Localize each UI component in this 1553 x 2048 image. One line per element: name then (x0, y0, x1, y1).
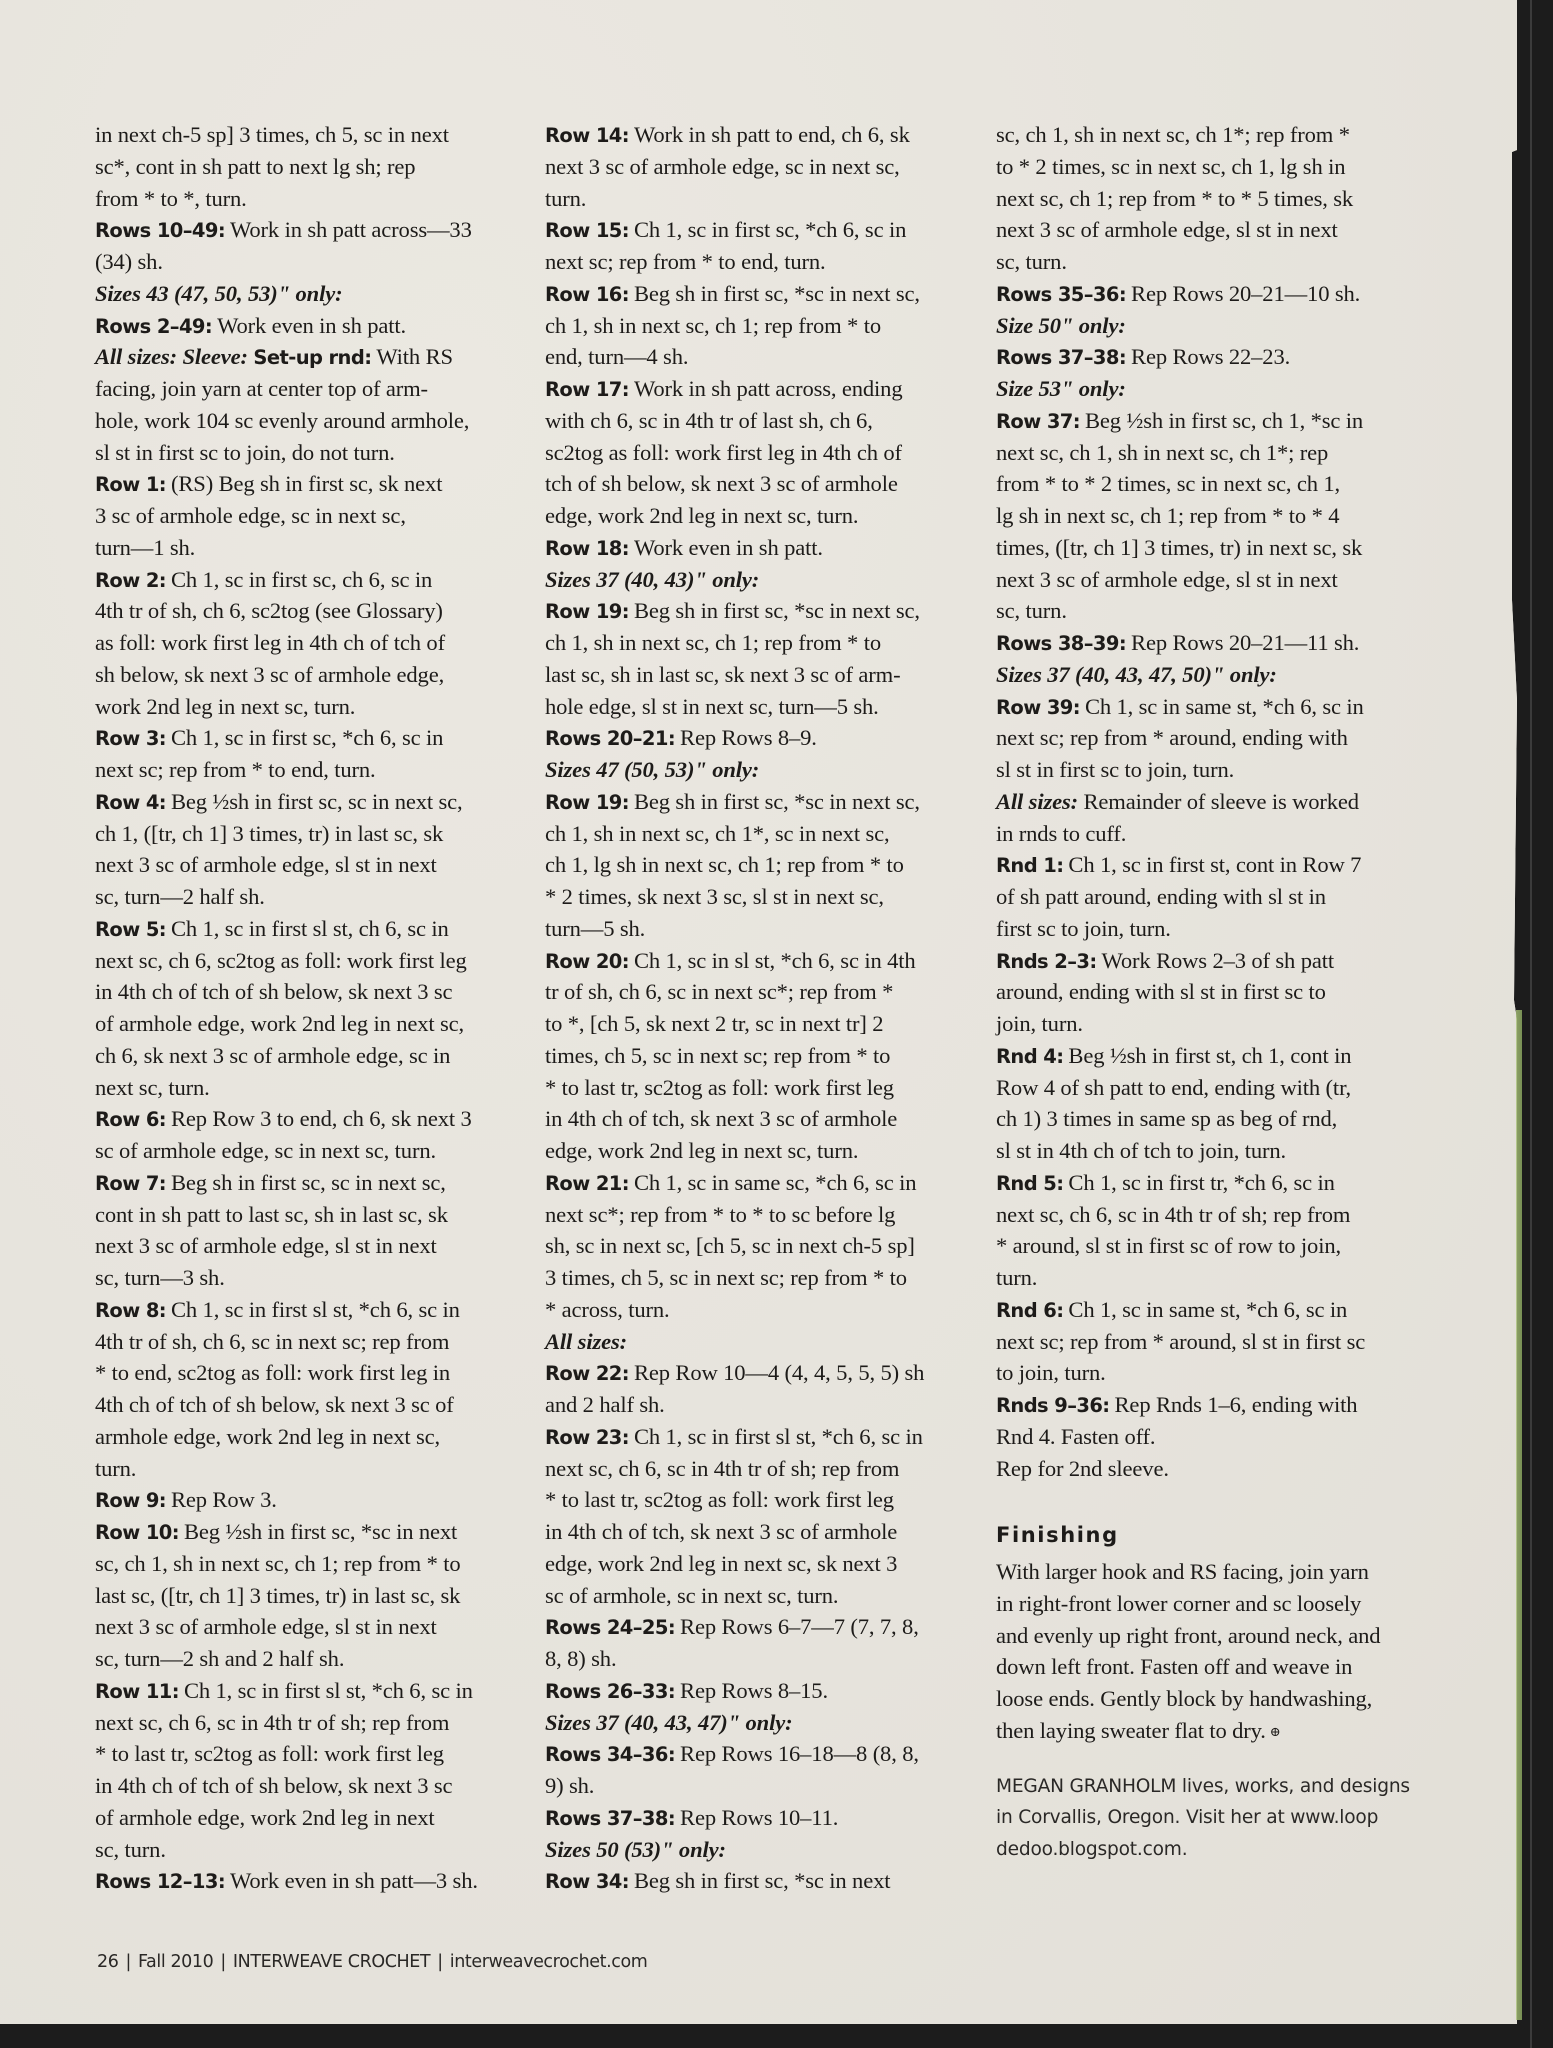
text-line: times, ch 5, sc in next sc; rep from * t… (545, 1040, 970, 1072)
instruction-text: edge, work 2nd leg in next sc, turn. (545, 1138, 858, 1163)
row-label: Row 39: (996, 696, 1080, 719)
instruction-text: next sc, ch 6, sc in 4th tr of sh; rep f… (545, 1456, 899, 1481)
text-line: cont in sh patt to last sc, sh in last s… (95, 1199, 525, 1231)
column-2: Row 14:Work in sh patt to end, ch 6, skn… (545, 119, 970, 1897)
text-line: next sc, turn. (95, 1072, 525, 1104)
row-label: Row 34: (545, 1870, 629, 1893)
row-label: Row 5: (95, 918, 166, 941)
instruction-line: Rows 37–38:Rep Rows 22–23. (996, 341, 1426, 373)
row-label: Rows 34–36: (545, 1743, 675, 1766)
instruction-text: sh, sc in next sc, [ch 5, sc in next ch-… (545, 1233, 915, 1258)
row-label: Row 15: (545, 219, 629, 242)
instruction-text: Ch 1, sc in sl st, *ch 6, sc in 4th (634, 948, 916, 973)
text-line: next sc; rep from * to end, turn. (545, 246, 970, 278)
text-line: 8, 8) sh. (545, 1643, 970, 1675)
text-line: from * to *, turn. (95, 183, 525, 215)
instruction-text: Beg ½sh in first sc, *sc in next (184, 1519, 457, 1544)
text-line: * to last tr, sc2tog as foll: work first… (95, 1738, 525, 1770)
instruction-line: Rows 24–25:Rep Rows 6–7—7 (7, 7, 8, (545, 1611, 970, 1643)
text-line: next 3 sc of armhole edge, sl st in next (996, 564, 1426, 596)
text-line: next sc; rep from * around, ending with (996, 722, 1426, 754)
instruction-text: from * to * 2 times, sc in next sc, ch 1… (996, 471, 1340, 496)
text-line: * around, sl st in first sc of row to jo… (996, 1230, 1426, 1262)
row-label: Row 1: (95, 473, 166, 496)
text-line: ch 1) 3 times in same sp as beg of rnd, (996, 1103, 1426, 1135)
bio-line: MEGAN GRANHOLM lives, works, and designs (996, 1771, 1426, 1803)
text-line: turn. (545, 183, 970, 215)
instruction-line: Rnds 9–36:Rep Rnds 1–6, ending with (996, 1389, 1426, 1421)
instruction-line: Rnd 4:Beg ½sh in first st, ch 1, cont in (996, 1040, 1426, 1072)
instruction-text: Beg ½sh in first sc, ch 1, *sc in (1085, 408, 1363, 433)
text-line: sc, turn. (996, 595, 1426, 627)
instruction-text: with ch 6, sc in 4th tr of last sh, ch 6… (545, 408, 873, 433)
row-label: Rnds 9–36: (996, 1394, 1110, 1417)
bio-line: dedoo.blogspot.com. (996, 1834, 1426, 1866)
row-label: Rnd 6: (996, 1299, 1063, 1322)
text-line: next 3 sc of armhole edge, sl st in next (95, 1230, 525, 1262)
underlying-page-edge (1516, 1010, 1522, 2020)
instruction-text: Work Rows 2–3 of sh patt (1102, 948, 1334, 973)
text-line: sc, turn—2 sh and 2 half sh. (95, 1643, 525, 1675)
instruction-text: hole, work 104 sc evenly around armhole, (95, 408, 469, 433)
instruction-text: next 3 sc of armhole edge, sl st in next (95, 852, 437, 877)
finishing-line: With larger hook and RS facing, join yar… (996, 1556, 1426, 1588)
text-line: * to last tr, sc2tog as foll: work first… (545, 1072, 970, 1104)
instruction-text: sc of armhole edge, sc in next sc, turn. (95, 1138, 436, 1163)
instruction-text: Beg sh in first sc, *sc in next (634, 1868, 890, 1893)
instruction-text: next 3 sc of armhole edge, sl st in next (95, 1233, 437, 1258)
instruction-line: Row 19:Beg sh in first sc, *sc in next s… (545, 595, 970, 627)
instruction-text: Ch 1, sc in first sc, *ch 6, sc in (634, 217, 906, 242)
page-footer: 26|Fall 2010|INTERWEAVE CROCHET|interwea… (97, 1952, 647, 1972)
text-line: hole edge, sl st in next sc, turn—5 sh. (545, 691, 970, 723)
row-label: Rnds 2–3: (996, 950, 1097, 973)
row-label: Rnd 4: (996, 1045, 1063, 1068)
instruction-text: next sc, ch 6, sc in 4th tr of sh; rep f… (95, 1710, 449, 1735)
text-line: next 3 sc of armhole edge, sc in next sc… (545, 151, 970, 183)
end-mark-icon: ⊕ (1270, 1724, 1281, 1739)
instruction-line: Row 1:(RS) Beg sh in first sc, sk next (95, 468, 525, 500)
instruction-text: sc, turn. (996, 249, 1067, 274)
row-label: Rows 37–38: (545, 1807, 675, 1830)
text-line: next sc, ch 6, sc2tog as foll: work firs… (95, 945, 525, 977)
instruction-line: Row 4:Beg ½sh in first sc, sc in next sc… (95, 786, 525, 818)
scanner-edge (1530, 0, 1532, 2048)
finishing-line: loose ends. Gently block by handwashing, (996, 1683, 1426, 1715)
text-line: 4th ch of tch of sh below, sk next 3 sc … (95, 1389, 525, 1421)
row-label: Row 7: (95, 1172, 166, 1195)
instruction-text: sl st in first sc to join, do not turn. (95, 440, 395, 465)
instruction-text: and 2 half sh. (545, 1392, 665, 1417)
instruction-text: 4th tr of sh, ch 6, sc2tog (see Glossary… (95, 598, 443, 623)
instruction-line: Row 9:Rep Row 3. (95, 1484, 525, 1516)
instruction-text: With RS (376, 344, 453, 369)
instruction-line: Row 39:Ch 1, sc in same st, *ch 6, sc in (996, 691, 1426, 723)
separator: | (220, 1952, 226, 1972)
text-line: of sh patt around, ending with sl st in (996, 881, 1426, 913)
finishing-section: Finishing With larger hook and RS facing… (996, 1516, 1426, 1747)
instruction-text: Ch 1, sc in first tr, *ch 6, sc in (1068, 1170, 1334, 1195)
instruction-text: Rep Row 3. (171, 1487, 277, 1512)
instruction-line: Row 23:Ch 1, sc in first sl st, *ch 6, s… (545, 1421, 970, 1453)
text-line: in next ch-5 sp] 3 times, ch 5, sc in ne… (95, 119, 525, 151)
text-line: * to end, sc2tog as foll: work first leg… (95, 1357, 525, 1389)
row-label: Row 18: (545, 537, 629, 560)
instruction-line: Sizes 37 (40, 43)" only: (545, 564, 970, 596)
instruction-line: Row 14:Work in sh patt to end, ch 6, sk (545, 119, 970, 151)
instruction-text: ch 1, sh in next sc, ch 1*, sc in next s… (545, 821, 889, 846)
instruction-line: Sizes 47 (50, 53)" only: (545, 754, 970, 786)
size-note: Sizes 37 (40, 43)" only: (545, 567, 759, 592)
finishing-heading: Finishing (996, 1516, 1426, 1556)
text-line: 4th tr of sh, ch 6, sc2tog (see Glossary… (95, 595, 525, 627)
row-label: Row 17: (545, 378, 629, 401)
instruction-text: Rep Row 10—4 (4, 4, 5, 5, 5) sh (634, 1360, 924, 1385)
instruction-text: end, turn—4 sh. (545, 344, 688, 369)
instruction-line: Rows 35–36:Rep Rows 20–21—10 sh. (996, 278, 1426, 310)
text-line: edge, work 2nd leg in next sc, turn. (545, 500, 970, 532)
row-label: Row 2: (95, 569, 166, 592)
text-line: last sc, ([tr, ch 1] 3 times, tr) in las… (95, 1580, 525, 1612)
instruction-text: turn. (95, 1456, 136, 1481)
text-line: sc, turn. (95, 1834, 525, 1866)
text-line: hole, work 104 sc evenly around armhole, (95, 405, 525, 437)
instruction-text: sh below, sk next 3 sc of armhole edge, (95, 662, 444, 687)
instruction-line: Rows 2–49:Work even in sh patt. (95, 310, 525, 342)
instruction-line: Row 16:Beg sh in first sc, *sc in next s… (545, 278, 970, 310)
instruction-text: around, ending with sl st in first sc to (996, 979, 1326, 1004)
column-3: sc, ch 1, sh in next sc, ch 1*; rep from… (996, 119, 1426, 1866)
instruction-text: sc*, cont in sh patt to next lg sh; rep (95, 154, 415, 179)
instruction-line: Rnd 1:Ch 1, sc in first st, cont in Row … (996, 849, 1426, 881)
instruction-text: of sh patt around, ending with sl st in (996, 884, 1326, 909)
instruction-text: ch 1, lg sh in next sc, ch 1; rep from *… (545, 852, 904, 877)
instruction-text: next 3 sc of armhole edge, sl st in next (95, 1614, 437, 1639)
text-line: to *, [ch 5, sk next 2 tr, sc in next tr… (545, 1008, 970, 1040)
size-note: Sizes 37 (40, 43, 47)" only: (545, 1710, 792, 1735)
separator: | (125, 1952, 131, 1972)
instruction-text: Ch 1, sc in first st, cont in Row 7 (1068, 852, 1361, 877)
row-label: Rows 35–36: (996, 283, 1126, 306)
text-line: turn—1 sh. (95, 532, 525, 564)
bio-line: in Corvallis, Oregon. Visit her at www.l… (996, 1802, 1426, 1834)
column-1: in next ch-5 sp] 3 times, ch 5, sc in ne… (95, 119, 525, 1897)
row-label: Row 19: (545, 791, 629, 814)
instruction-line: Rows 34–36:Rep Rows 16–18—8 (8, 8, (545, 1738, 970, 1770)
text-line: next sc, ch 6, sc in 4th tr of sh; rep f… (545, 1453, 970, 1485)
text-line: sc, ch 1, sh in next sc, ch 1*; rep from… (996, 119, 1426, 151)
instruction-line: Rows 38–39:Rep Rows 20–21—11 sh. (996, 627, 1426, 659)
row-label: Row 37: (996, 410, 1080, 433)
instruction-text: tr of sh, ch 6, sc in next sc*; rep from… (545, 979, 893, 1004)
instruction-line: Row 8:Ch 1, sc in first sl st, *ch 6, sc… (95, 1294, 525, 1326)
text-line: facing, join yarn at center top of arm- (95, 373, 525, 405)
instruction-text: Ch 1, sc in first sl st, ch 6, sc in (171, 916, 449, 941)
finishing-line: down left front. Fasten off and weave in (996, 1651, 1426, 1683)
instruction-text: 4th tr of sh, ch 6, sc in next sc; rep f… (95, 1329, 449, 1354)
instruction-text: facing, join yarn at center top of arm- (95, 376, 428, 401)
instruction-line: Row 22:Rep Row 10—4 (4, 4, 5, 5, 5) sh (545, 1357, 970, 1389)
row-label: Rnd 1: (996, 854, 1063, 877)
row-label: Rows 10–49: (95, 219, 225, 242)
instruction-text: Rep for 2nd sleeve. (996, 1456, 1169, 1481)
text-line: turn. (95, 1453, 525, 1485)
text-line: around, ending with sl st in first sc to (996, 976, 1426, 1008)
instruction-text: of armhole edge, work 2nd leg in next (95, 1805, 435, 1830)
instruction-text: in 4th ch of tch, sk next 3 sc of armhol… (545, 1106, 897, 1131)
instruction-text: sc, turn—3 sh. (95, 1265, 225, 1290)
text-line: armhole edge, work 2nd leg in next sc, (95, 1421, 525, 1453)
size-note: Sizes 50 (53)" only: (545, 1837, 726, 1862)
text-line: from * to * 2 times, sc in next sc, ch 1… (996, 468, 1426, 500)
instruction-text: sc, turn—2 sh and 2 half sh. (95, 1646, 344, 1671)
instruction-line: Row 37:Beg ½sh in first sc, ch 1, *sc in (996, 405, 1426, 437)
instruction-text: 8, 8) sh. (545, 1646, 616, 1671)
text-line: sc of armhole edge, sc in next sc, turn. (95, 1135, 525, 1167)
instruction-text: sc, turn. (95, 1837, 166, 1862)
text-line: and 2 half sh. (545, 1389, 970, 1421)
row-label: Rows 12–13: (95, 1870, 225, 1893)
instruction-text: (34) sh. (95, 249, 163, 274)
row-label: Rows 24–25: (545, 1616, 675, 1639)
instruction-text: Ch 1, sc in first sl st, *ch 6, sc in (634, 1424, 923, 1449)
text-line: Row 4 of sh patt to end, ending with (tr… (996, 1072, 1426, 1104)
row-label: Row 9: (95, 1489, 166, 1512)
instruction-text: * to last tr, sc2tog as foll: work first… (545, 1075, 894, 1100)
instruction-text: sc, ch 1, sh in next sc, ch 1; rep from … (95, 1551, 461, 1576)
instruction-line: Row 3:Ch 1, sc in first sc, *ch 6, sc in (95, 722, 525, 754)
instruction-line: All sizes: Sleeve: Set-up rnd:With RS (95, 341, 525, 373)
instruction-text: armhole edge, work 2nd leg in next sc, (95, 1424, 440, 1449)
instruction-text: next sc, ch 1; rep from * to * 5 times, … (996, 186, 1353, 211)
instruction-text: Ch 1, sc in same st, *ch 6, sc in (1085, 694, 1364, 719)
text-line: sh below, sk next 3 sc of armhole edge, (95, 659, 525, 691)
spacer (996, 1484, 1426, 1516)
row-label: Rnd 5: (996, 1172, 1063, 1195)
instruction-text: Remainder of sleeve is worked (1083, 789, 1358, 814)
row-label: Row 3: (95, 727, 166, 750)
magazine-name: INTERWEAVE CROCHET (233, 1952, 430, 1972)
instruction-text: Row 4 of sh patt to end, ending with (tr… (996, 1075, 1351, 1100)
instruction-line: Rows 10–49:Work in sh patt across—33 (95, 214, 525, 246)
instruction-text: to * 2 times, sc in next sc, ch 1, lg sh… (996, 154, 1345, 179)
instruction-line: Row 21:Ch 1, sc in same sc, *ch 6, sc in (545, 1167, 970, 1199)
instruction-text: in 4th ch of tch of sh below, sk next 3 … (95, 1773, 452, 1798)
instruction-text: Rep Rows 20–21—11 sh. (1131, 630, 1359, 655)
instruction-line: Row 11:Ch 1, sc in first sl st, *ch 6, s… (95, 1675, 525, 1707)
instruction-text: * 2 times, sk next 3 sc, sl st in next s… (545, 884, 884, 909)
text-line: edge, work 2nd leg in next sc, turn. (545, 1135, 970, 1167)
text-line: 9) sh. (545, 1770, 970, 1802)
row-label: Rows 26–33: (545, 1680, 675, 1703)
instruction-text: Rep Rows 20–21—10 sh. (1131, 281, 1360, 306)
text-line: to * 2 times, sc in next sc, ch 1, lg sh… (996, 151, 1426, 183)
row-label: Rows 38–39: (996, 632, 1126, 655)
instruction-text: in 4th ch of tch of sh below, sk next 3 … (95, 979, 452, 1004)
text-line: work 2nd leg in next sc, turn. (95, 691, 525, 723)
instruction-text: * to last tr, sc2tog as foll: work first… (95, 1741, 444, 1766)
instruction-text: first sc to join, turn. (996, 916, 1171, 941)
instruction-line: Sizes 37 (40, 43, 47, 50)" only: (996, 659, 1426, 691)
text-line: 3 times, ch 5, sc in next sc; rep from *… (545, 1262, 970, 1294)
instruction-line: Rnds 2–3:Work Rows 2–3 of sh patt (996, 945, 1426, 977)
instruction-text: Rep Rnds 1–6, ending with (1115, 1392, 1358, 1417)
instruction-text: Rep Rows 10–11. (680, 1805, 838, 1830)
instruction-line: All sizes: (545, 1326, 970, 1358)
instruction-line: Row 15:Ch 1, sc in first sc, *ch 6, sc i… (545, 214, 970, 246)
instruction-text: Beg sh in first sc, *sc in next sc, (634, 789, 920, 814)
size-note: Sizes 37 (40, 43, 47, 50)" only: (996, 662, 1277, 687)
text-line: as foll: work first leg in 4th ch of tch… (95, 627, 525, 659)
text-line: sc*, cont in sh patt to next lg sh; rep (95, 151, 525, 183)
designer-bio: MEGAN GRANHOLM lives, works, and designs… (996, 1771, 1426, 1866)
instruction-text: Ch 1, sc in first sc, ch 6, sc in (171, 567, 432, 592)
instruction-line: Rnd 6:Ch 1, sc in same st, *ch 6, sc in (996, 1294, 1426, 1326)
text-line: ch 1, lg sh in next sc, ch 1; rep from *… (545, 849, 970, 881)
instruction-text: turn—1 sh. (95, 535, 195, 560)
instruction-text: Ch 1, sc in first sl st, *ch 6, sc in (184, 1678, 473, 1703)
instruction-text: sc of armhole, sc in next sc, turn. (545, 1583, 838, 1608)
issue-label: Fall 2010 (138, 1952, 213, 1972)
text-line: last sc, sh in last sc, sk next 3 sc of … (545, 659, 970, 691)
row-label: Row 10: (95, 1521, 179, 1544)
text-line: lg sh in next sc, ch 1; rep from * to * … (996, 500, 1426, 532)
instruction-text: lg sh in next sc, ch 1; rep from * to * … (996, 503, 1339, 528)
instruction-text: turn. (545, 186, 586, 211)
text-line: sc, turn. (996, 246, 1426, 278)
text-line: ch 1, sh in next sc, ch 1*, sc in next s… (545, 818, 970, 850)
text-line: next sc, ch 1; rep from * to * 5 times, … (996, 183, 1426, 215)
text-line: with ch 6, sc in 4th tr of last sh, ch 6… (545, 405, 970, 437)
instruction-text: ch 1) 3 times in same sp as beg of rnd, (996, 1106, 1337, 1131)
instruction-line: Rows 20–21:Rep Rows 8–9. (545, 722, 970, 754)
text-line: next 3 sc of armhole edge, sl st in next (95, 849, 525, 881)
text-line: end, turn—4 sh. (545, 341, 970, 373)
instruction-text: Rep Rows 16–18—8 (8, 8, (680, 1741, 919, 1766)
text-line: tr of sh, ch 6, sc in next sc*; rep from… (545, 976, 970, 1008)
text-line: sl st in first sc to join, turn. (996, 754, 1426, 786)
separator: | (437, 1952, 443, 1972)
instruction-text: * to end, sc2tog as foll: work first leg… (95, 1360, 450, 1385)
size-note: Sizes 47 (50, 53)" only: (545, 757, 759, 782)
instruction-line: Row 17:Work in sh patt across, ending (545, 373, 970, 405)
instruction-text: sl st in first sc to join, turn. (996, 757, 1234, 782)
row-label: Rows 37–38: (996, 346, 1126, 369)
row-label: Set-up rnd: (253, 346, 371, 369)
row-label: Rows 2–49: (95, 315, 212, 338)
text-line: * to last tr, sc2tog as foll: work first… (545, 1484, 970, 1516)
instruction-line: Row 19:Beg sh in first sc, *sc in next s… (545, 786, 970, 818)
instruction-text: next 3 sc of armhole edge, sc in next sc… (545, 154, 900, 179)
instruction-text: from * to *, turn. (95, 186, 247, 211)
instruction-text: 4th ch of tch of sh below, sk next 3 sc … (95, 1392, 454, 1417)
text-line: sl st in first sc to join, do not turn. (95, 437, 525, 469)
text-line: Rnd 4. Fasten off. (996, 1421, 1426, 1453)
instruction-text: to join, turn. (996, 1360, 1106, 1385)
size-note: All sizes: Sleeve: (95, 344, 248, 369)
row-label: Rows 20–21: (545, 727, 675, 750)
instruction-line: Row 2:Ch 1, sc in first sc, ch 6, sc in (95, 564, 525, 596)
instruction-line: Row 20:Ch 1, sc in sl st, *ch 6, sc in 4… (545, 945, 970, 977)
text-line: sc, turn—2 half sh. (95, 881, 525, 913)
instruction-text: * across, turn. (545, 1297, 670, 1322)
instruction-text: next sc; rep from * around, ending with (996, 725, 1348, 750)
instruction-text: times, ([tr, ch 1] 3 times, tr) in next … (996, 535, 1362, 560)
instruction-text: sl st in 4th ch of tch to join, turn. (996, 1138, 1286, 1163)
text-line: next sc, ch 6, sc in 4th tr of sh; rep f… (996, 1199, 1426, 1231)
instruction-line: All sizes: Remainder of sleeve is worked (996, 786, 1426, 818)
finishing-line: and evenly up right front, around neck, … (996, 1620, 1426, 1652)
text-line: in 4th ch of tch, sk next 3 sc of armhol… (545, 1103, 970, 1135)
size-note: Size 50" only: (996, 313, 1126, 338)
text-line: edge, work 2nd leg in next sc, sk next 3 (545, 1548, 970, 1580)
instruction-text: Work in sh patt across, ending (634, 376, 903, 401)
row-label: Row 22: (545, 1362, 629, 1385)
instruction-line: Row 5:Ch 1, sc in first sl st, ch 6, sc … (95, 913, 525, 945)
row-label: Row 14: (545, 124, 629, 147)
text-line: next 3 sc of armhole edge, sl st in next (996, 214, 1426, 246)
instruction-text: sc, ch 1, sh in next sc, ch 1*; rep from… (996, 122, 1350, 147)
website-link[interactable]: interweavecrochet.com (450, 1952, 648, 1972)
text-line: turn. (996, 1262, 1426, 1294)
instruction-text: cont in sh patt to last sc, sh in last s… (95, 1202, 448, 1227)
instruction-text: to *, [ch 5, sk next 2 tr, sc in next tr… (545, 1011, 883, 1036)
size-note: All sizes: (996, 789, 1078, 814)
instruction-text: * around, sl st in first sc of row to jo… (996, 1233, 1341, 1258)
magazine-page: in next ch-5 sp] 3 times, ch 5, sc in ne… (0, 0, 1517, 2024)
instruction-line: Rows 26–33:Rep Rows 8–15. (545, 1675, 970, 1707)
instruction-text: of armhole edge, work 2nd leg in next sc… (95, 1011, 464, 1036)
instruction-text: Work in sh patt to end, ch 6, sk (634, 122, 910, 147)
text-line: times, ([tr, ch 1] 3 times, tr) in next … (996, 532, 1426, 564)
text-line: ch 1, sh in next sc, ch 1; rep from * to (545, 310, 970, 342)
row-label: Row 23: (545, 1426, 629, 1449)
instruction-text: times, ch 5, sc in next sc; rep from * t… (545, 1043, 890, 1068)
instruction-text: next sc, ch 6, sc2tog as foll: work firs… (95, 948, 467, 973)
text-line: Rep for 2nd sleeve. (996, 1453, 1426, 1485)
text-line: 3 sc of armhole edge, sc in next sc, (95, 500, 525, 532)
row-label: Row 6: (95, 1108, 166, 1131)
instruction-text: ch 1, sh in next sc, ch 1; rep from * to (545, 630, 881, 655)
finishing-line: in right-front lower corner and sc loose… (996, 1588, 1426, 1620)
instruction-text: Beg ½sh in first sc, sc in next sc, (171, 789, 463, 814)
instruction-line: Sizes 37 (40, 43, 47)" only: (545, 1707, 970, 1739)
instruction-text: Ch 1, sc in same st, *ch 6, sc in (1068, 1297, 1347, 1322)
text-line: of armhole edge, work 2nd leg in next (95, 1802, 525, 1834)
text-line: in rnds to cuff. (996, 818, 1426, 850)
finishing-line-last: then laying sweater flat to dry.⊕ (996, 1715, 1426, 1747)
size-note: Size 53" only: (996, 376, 1126, 401)
instruction-text: Work even in sh patt—3 sh. (230, 1868, 478, 1893)
instruction-text: Beg sh in first sc, sc in next sc, (171, 1170, 446, 1195)
size-note: Sizes 43 (47, 50, 53)" only: (95, 281, 342, 306)
instruction-text: next sc*; rep from * to * to sc before l… (545, 1202, 895, 1227)
instruction-line: Rows 37–38:Rep Rows 10–11. (545, 1802, 970, 1834)
instruction-text: 3 sc of armhole edge, sc in next sc, (95, 503, 406, 528)
text-line: ch 1, sh in next sc, ch 1; rep from * to (545, 627, 970, 659)
instruction-text: as foll: work first leg in 4th ch of tch… (95, 630, 445, 655)
instruction-text: ch 1, sh in next sc, ch 1; rep from * to (545, 313, 881, 338)
instruction-text: (RS) Beg sh in first sc, sk next (171, 471, 442, 496)
instruction-text: Beg sh in first sc, *sc in next sc, (634, 281, 920, 306)
text-line: * across, turn. (545, 1294, 970, 1326)
instruction-text: ch 1, ([tr, ch 1] 3 times, tr) in last s… (95, 821, 443, 846)
text-line: in 4th ch of tch, sk next 3 sc of armhol… (545, 1516, 970, 1548)
instruction-line: Row 7:Beg sh in first sc, sc in next sc, (95, 1167, 525, 1199)
text-line: tch of sh below, sk next 3 sc of armhole (545, 468, 970, 500)
instruction-text: Work even in sh patt. (634, 535, 823, 560)
row-label: Row 20: (545, 950, 629, 973)
